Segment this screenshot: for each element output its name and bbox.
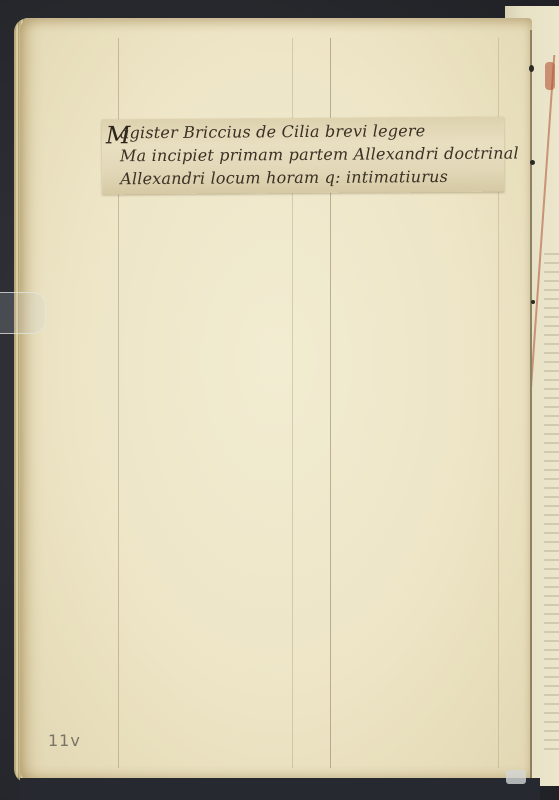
sewing-hole: [530, 160, 535, 165]
binding-gutter: [530, 30, 532, 780]
strip-line-3: Allexandri locum horam q: intimatiurus: [120, 167, 448, 188]
bottom-shadow: [20, 778, 540, 800]
strip-line-2: Ma incipiet primam partem Allexandri doc…: [120, 143, 519, 165]
folio-number: 11v: [48, 731, 81, 750]
manuscript-scene: M agister Briccius de Cilia brevi legere…: [0, 0, 559, 800]
sewing-hole: [531, 300, 535, 304]
sewing-hole: [529, 65, 534, 72]
facing-page-text: [544, 250, 559, 750]
glass-page-clip: [0, 292, 46, 334]
strip-line-1: agister Briccius de Cilia brevi legere: [120, 121, 426, 142]
bottom-right-glint: [506, 770, 526, 784]
facing-page-red-initial: [545, 62, 555, 90]
pasted-paper-strip: M agister Briccius de Cilia brevi legere…: [102, 117, 505, 195]
